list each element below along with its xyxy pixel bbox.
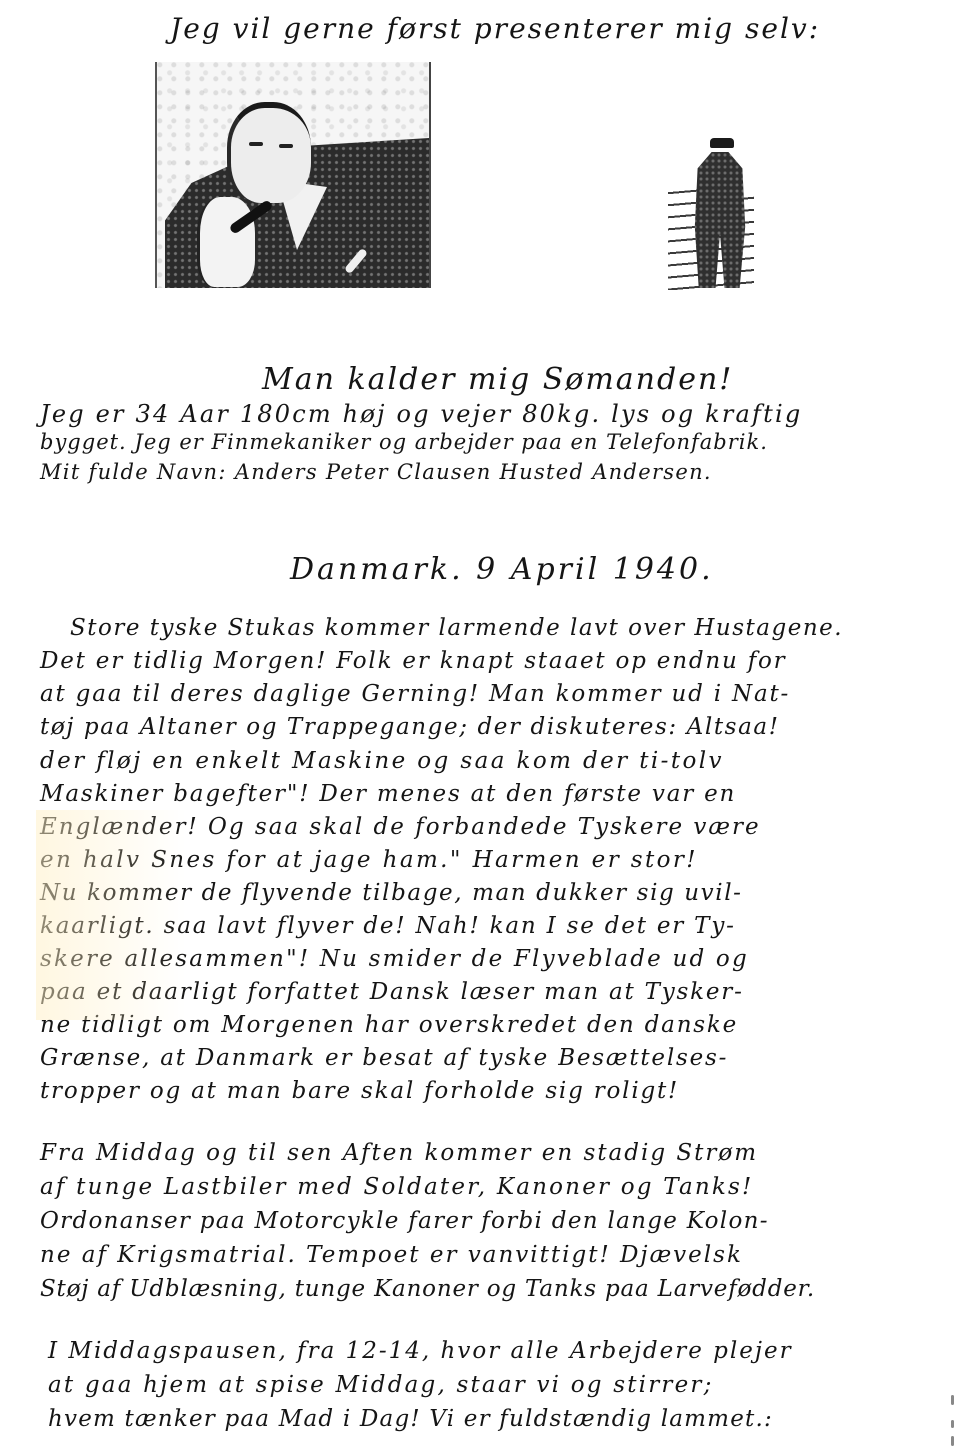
text-line: tropper og at man bare skal forholde sig… [40, 1078, 679, 1104]
portrait-hand [197, 197, 255, 287]
sailor-figure [692, 152, 748, 288]
text-line: Englænder! Og saa skal de forbandede Tys… [40, 814, 761, 840]
portrait-eye [249, 142, 263, 146]
section-heading: Danmark. 9 April 1940. [290, 552, 714, 587]
intro-heading: Jeg vil gerne først presenterer mig selv… [170, 12, 820, 45]
sailor-cap-icon [710, 138, 734, 148]
sailor-photo [668, 138, 754, 290]
margin-mark [951, 1420, 954, 1428]
margin-mark [951, 1395, 954, 1405]
text-line: I Middagspausen, fra 12-14, hvor alle Ar… [48, 1338, 793, 1364]
portrait-eye [279, 144, 293, 148]
portrait-head [227, 102, 311, 203]
text-line: af tunge Lastbiler med Soldater, Kanoner… [40, 1174, 753, 1200]
margin-mark [951, 1436, 954, 1446]
text-line: Det er tidlig Morgen! Folk er knapt staa… [40, 648, 786, 674]
text-line: ne af Krigsmatrial. Tempoet er vanvittig… [40, 1242, 743, 1268]
text-line: Fra Middag og til sen Aften kommer en st… [40, 1140, 758, 1166]
text-line: Store tyske Stukas kommer larmende lavt … [70, 615, 843, 641]
text-line: hvem tænker paa Mad i Dag! Vi er fuldstæ… [48, 1406, 773, 1432]
nickname-line: Man kalder mig Sømanden! [262, 362, 733, 397]
text-line: tøj paa Altaner og Trappegange; der disk… [40, 714, 780, 740]
text-line: kaarligt. saa lavt flyver de! Nah! kan I… [40, 913, 736, 939]
text-line: en halv Snes for at jage ham." Harmen er… [40, 847, 698, 873]
text-line: at gaa til deres daglige Gerning! Man ko… [40, 681, 790, 707]
bio-line: Jeg er 34 Aar 180cm høj og vejer 80kg. l… [40, 400, 802, 428]
text-line: Nu kommer de flyvende tilbage, man dukke… [40, 880, 743, 906]
text-line: skere allesammen"! Nu smider de Flyvebla… [40, 946, 749, 972]
text-line: Grænse, at Danmark er besat af tyske Bes… [40, 1045, 728, 1071]
text-line: at gaa hjem at spise Middag, staar vi og… [48, 1372, 714, 1398]
text-line: ne tidligt om Morgenen har overskredet d… [40, 1012, 738, 1038]
text-line: Maskiner bagefter"! Der menes at den før… [40, 781, 736, 807]
bio-line: bygget. Jeg er Finmekaniker og arbejder … [40, 430, 768, 454]
text-line: Ordonanser paa Motorcykle farer forbi de… [40, 1208, 769, 1234]
text-line: Støj af Udblæsning, tunge Kanoner og Tan… [40, 1276, 815, 1302]
bio-line: Mit fulde Navn: Anders Peter Clausen Hus… [40, 460, 712, 484]
portrait-photo [155, 62, 431, 288]
text-line: paa et daarligt forfattet Dansk læser ma… [40, 979, 744, 1005]
text-line: der fløj en enkelt Maskine og saa kom de… [40, 748, 724, 774]
